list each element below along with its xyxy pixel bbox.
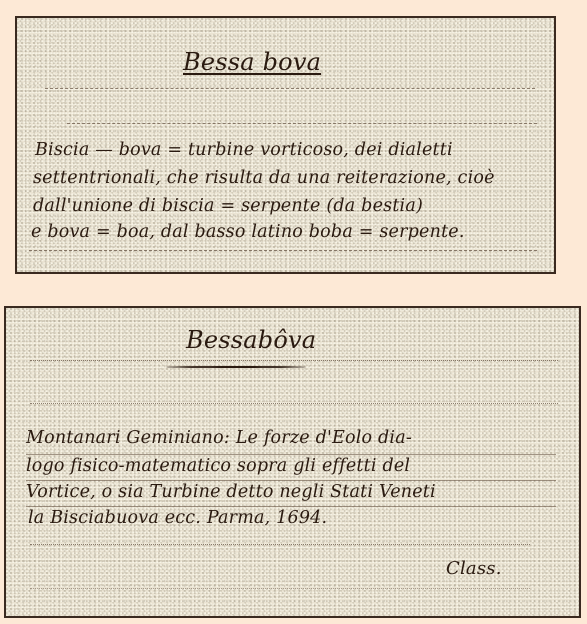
ruled-line [29, 250, 537, 251]
citation-line-2: logo fisico-matematico sopra gli effetti… [26, 456, 410, 476]
ruled-line [67, 123, 537, 124]
ruled-line [30, 360, 558, 361]
ruled-line [30, 544, 530, 545]
card-text-line-4: e bova = boa, dal basso latino boba = se… [31, 222, 465, 242]
card-title: Bessa bova [183, 48, 321, 76]
title-underline [166, 366, 306, 368]
ruled-line [26, 506, 556, 507]
card-text-line-3: dall'unione di biscia = serpente (da bes… [33, 196, 423, 216]
ruled-line [26, 454, 556, 455]
ruled-line [45, 88, 535, 89]
ruled-line [30, 588, 530, 589]
ruled-line [26, 480, 556, 481]
index-card-bessa-bova: Bessa bova Biscia — bova = turbine vorti… [15, 16, 556, 274]
citation-line-1: Montanari Geminiano: Le forze d'Eolo dia… [26, 428, 412, 448]
citation-line-4: la Bisciabuova ecc. Parma, 1694. [28, 508, 327, 528]
citation-line-3: Vortice, o sia Turbine detto negli Stati… [26, 482, 436, 502]
class-label: Class. [446, 558, 502, 579]
card-title: Bessabôva [186, 326, 316, 354]
card-text-line-2: settentrionali, che risulta da una reite… [33, 168, 495, 188]
card-text-line-1: Biscia — bova = turbine vorticoso, dei d… [35, 140, 453, 160]
ruled-line [30, 403, 558, 404]
index-card-bessabova: Bessabôva Montanari Geminiano: Le forze … [4, 306, 581, 618]
